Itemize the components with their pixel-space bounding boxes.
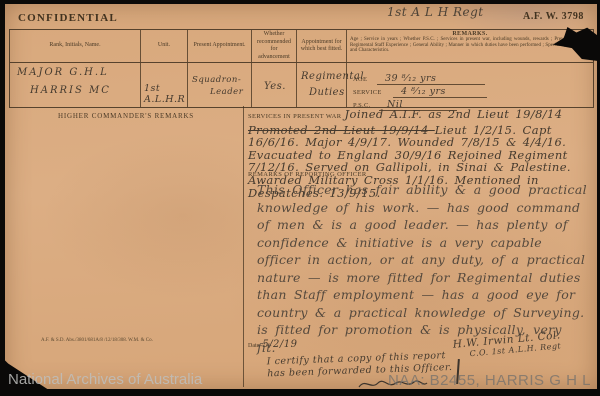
cell-present-appointment: Squadron- Leader — [188, 63, 252, 107]
scanned-document: CONFIDENTIAL 1st A L H Regt A.F. W. 3798… — [0, 0, 600, 396]
naa-barcode-caption: NAA: B2455, HARRIS G H L — [388, 372, 591, 389]
officer-rank-initials: MAJOR G.H.L — [17, 67, 109, 78]
present-appointment-line1: Squadron- — [192, 75, 241, 85]
cell-unit: 1st A.L.H.R — [141, 63, 188, 107]
report-date-row: Date5/2/19 — [248, 339, 298, 350]
services-label: SERVICES IN PRESENT WAR — [248, 113, 342, 120]
table-row: MAJOR G.H.L HARRIS MC 1st A.L.H.R Squadr… — [10, 63, 593, 107]
remarks-detail: Age ; Service in years ; Whether P.S.C. … — [350, 37, 590, 54]
header-remarks: REMARKS. Age ; Service in years ; Whethe… — [347, 30, 593, 62]
services-text-1: Joined A.I.F. as 2nd Lieut 19/8/14 — [345, 107, 563, 121]
cell-best-fitted: Regimental Duties — [297, 63, 347, 107]
scan-edge-bottom — [0, 389, 600, 396]
remarks-values: AGE39 ⁸⁄₁₂ yrs SERVICE4 ⁸⁄₁₂ yrs P.S.C.N… — [353, 68, 487, 107]
classification-heading: CONFIDENTIAL — [18, 12, 118, 24]
higher-commander-remarks-title: HIGHER COMMANDER'S REMARKS — [9, 112, 243, 120]
age-line: AGE39 ⁸⁄₁₂ yrs — [353, 68, 487, 81]
officer-unit: 1st A.L.H.R — [144, 83, 187, 105]
header-rank-initials-name: Rank, Initials, Name. — [10, 30, 141, 62]
present-appointment-line2: Leader — [210, 87, 243, 97]
handwritten-unit-annotation: 1st A L H Regt — [387, 5, 484, 19]
panel-divider — [243, 106, 244, 387]
reporting-officer-remarks-text: This Officer has fair ability & a good p… — [257, 181, 587, 356]
best-fitted-line2: Duties — [309, 87, 345, 98]
officer-report-table: Rank, Initials, Name. Unit. Present Appo… — [9, 29, 594, 108]
naa-watermark-left: National Archives of Australia — [8, 371, 202, 388]
date-label: Date — [248, 343, 259, 349]
service-line: SERVICE4 ⁸⁄₁₂ yrs — [353, 81, 487, 94]
cell-remarks: AGE39 ⁸⁄₁₂ yrs SERVICE4 ⁸⁄₁₂ yrs P.S.C.N… — [347, 63, 593, 107]
table-header-row: Rank, Initials, Name. Unit. Present Appo… — [10, 30, 593, 63]
header-present-appointment: Present Appointment. — [188, 30, 252, 62]
form-paper: CONFIDENTIAL 1st A L H Regt A.F. W. 3798… — [5, 4, 597, 389]
header-appointment-best-fitted: Appointment for which best fitted. — [297, 30, 347, 62]
cell-advancement: Yes. — [252, 63, 297, 107]
printer-imprint: A.F. & S.D. Abs./3801/681A/8 /12/18/308.… — [41, 338, 153, 343]
cell-name: MAJOR G.H.L HARRIS MC — [10, 63, 141, 107]
header-recommended-advancement: Whether recommended for advancement — [252, 30, 297, 62]
header-unit: Unit. — [141, 30, 188, 62]
advancement-answer: Yes. — [264, 81, 286, 92]
date-value: 5/2/19 — [262, 339, 297, 350]
form-number: A.F. W. 3798 — [523, 11, 584, 22]
officer-surname: HARRIS MC — [30, 85, 111, 96]
reporting-officer-remarks-title: REMARKS OF REPORTING OFFICER — [248, 171, 367, 178]
